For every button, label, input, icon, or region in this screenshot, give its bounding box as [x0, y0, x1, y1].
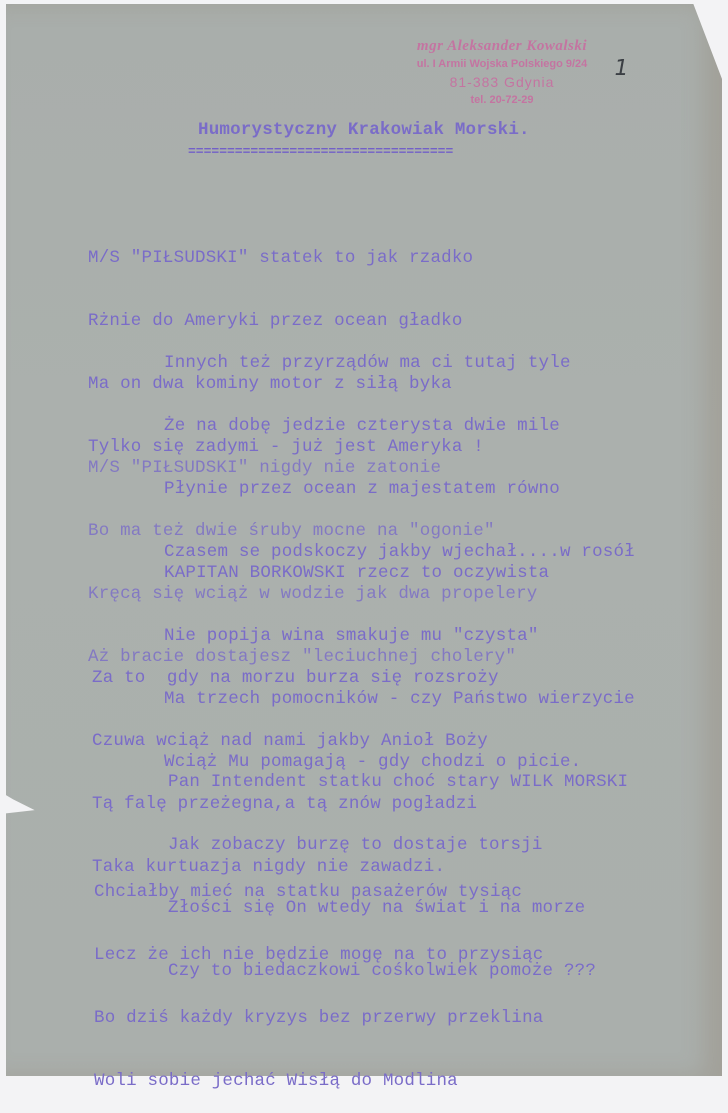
verse-line: Innych też przyrządów ma ci tutaj tyle [164, 353, 635, 374]
verse-line: Woli sobie jechać Wisłą do Modlina [94, 1071, 543, 1080]
title-underline: ================================== [188, 144, 453, 159]
verse-line: Chciałby mieć na statku pasażerów tysiąc [94, 882, 543, 903]
verse-line: Pan Intendent statku choć stary WILK MOR… [168, 772, 628, 793]
stamp-phone: tel. 20-72-29 [372, 91, 632, 109]
stamp-address: ul. I Armii Wojska Polskiego 9/24 [372, 56, 632, 73]
stamp-city: 81-383 Gdynia [372, 73, 632, 91]
verse-line: Lecz że ich nie będzie mogę na to przysi… [94, 945, 543, 966]
stamp-name: mgr Aleksander Kowalski [372, 36, 632, 56]
verse-line: Za to gdy na morzu burza się rozsroży [92, 668, 499, 689]
verse-line: Bo dziś każdy kryzys bez przerwy przekli… [94, 1008, 543, 1029]
verse-line: M/S "PIŁSUDSKI" nigdy nie zatonie [88, 458, 537, 479]
verse-line: M/S "PIŁSUDSKI" statek to jak rzadko [88, 248, 484, 269]
poem-title: Humorystyczny Krakowiak Morski. [198, 120, 530, 140]
stanza-7: Chciałby mieć na statku pasażerów tysiąc… [94, 840, 543, 1080]
address-stamp: mgr Aleksander Kowalski ul. I Armii Wojs… [372, 36, 632, 109]
verse-line: KAPITAN BORKOWSKI rzecz to oczywista [164, 563, 635, 584]
